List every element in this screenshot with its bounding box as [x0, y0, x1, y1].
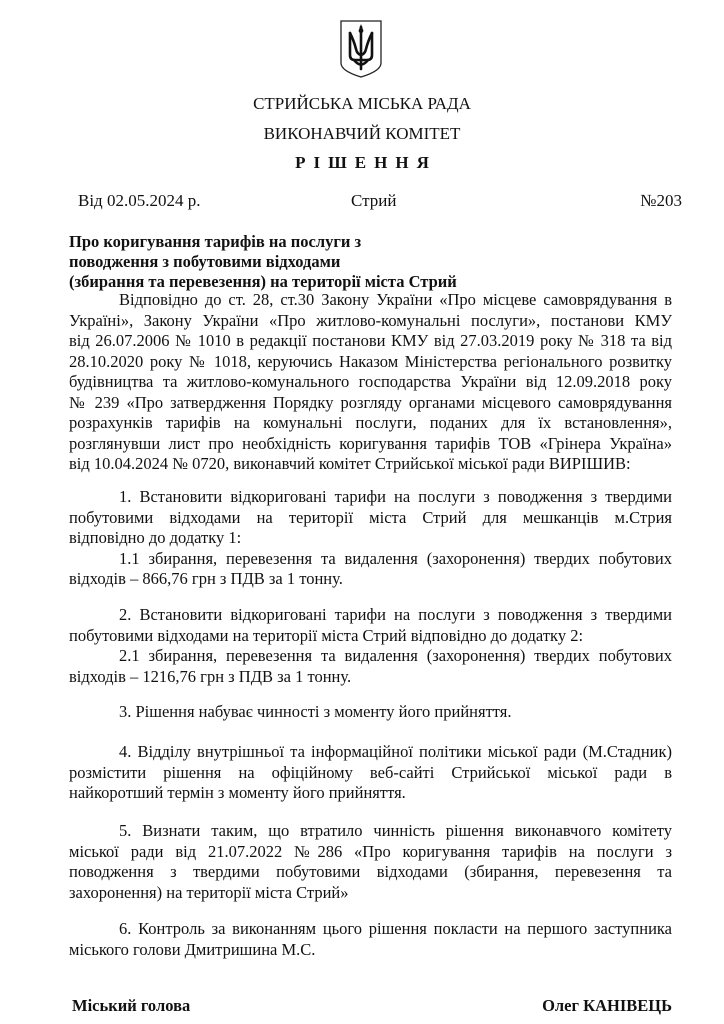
- document-subject: Про коригування тарифів на послуги з пов…: [69, 232, 489, 292]
- item-line: 1. Встановити відкориговані тарифи на по…: [69, 487, 672, 508]
- item-line: міського голови Дмитришина М.С.: [69, 940, 672, 961]
- decision-item-3: 3. Рішення набуває чинності з моменту йо…: [69, 702, 672, 723]
- item-line: розмістити рішення на офіційному веб-сай…: [69, 763, 672, 784]
- sub-item-line: відходів – 866,76 грн з ПДВ за 1 тонну.: [69, 569, 672, 590]
- item-line: 2. Встановити відкориговані тарифи на по…: [69, 605, 672, 626]
- subject-line: поводження з побутовими відходами: [69, 252, 489, 272]
- preamble-line: будівництва та житлово-комунального госп…: [69, 372, 672, 393]
- item-line: побутовими відходами на території міста …: [69, 626, 672, 647]
- document-type-title: РІШЕННЯ: [0, 153, 724, 173]
- item-line: міської ради від 21.07.2022 №286 «Про ко…: [69, 842, 672, 863]
- preamble-line: розглянувши лист про необхідність коригу…: [69, 434, 672, 455]
- preamble-line: Відповідно до ст. 28, ст.30 Закону Украї…: [69, 290, 672, 311]
- council-name: СТРИЙСЬКА МІСЬКА РАДА: [0, 94, 724, 114]
- subject-line: Про коригування тарифів на послуги з: [69, 232, 489, 252]
- decision-item-1: 1. Встановити відкориговані тарифи на по…: [69, 487, 672, 590]
- decision-item-5: 5. Визнати таким, що втратило чинність р…: [69, 821, 672, 903]
- decision-item-2: 2. Встановити відкориговані тарифи на по…: [69, 605, 672, 687]
- item-line: 5. Визнати таким, що втратило чинність р…: [69, 821, 672, 842]
- item-line: поводження з твердими побутовими відхода…: [69, 862, 672, 883]
- preamble-paragraph: Відповідно до ст. 28, ст.30 Закону Украї…: [69, 290, 672, 475]
- sub-item-line: 1.1 збирання, перевезення та видалення (…: [69, 549, 672, 570]
- item-line: відповідно до додатку 1:: [69, 528, 672, 549]
- document-number: №203: [640, 191, 682, 211]
- preamble-line: від 26.07.2006 № 1010 в редакції постано…: [69, 331, 672, 352]
- item-line: 4. Відділу внутрішньої та інформаційної …: [69, 742, 672, 763]
- item-line: 3. Рішення набуває чинності з моменту йо…: [69, 702, 672, 723]
- sub-item-line: 2.1 збирання, перевезення та видалення (…: [69, 646, 672, 667]
- sub-item-line: відходів – 1216,76 грн з ПДВ за 1 тонну.: [69, 667, 672, 688]
- preamble-line: Україні», Закону України «Про житлово-ко…: [69, 311, 672, 332]
- trident-coat-of-arms-icon: [339, 19, 383, 79]
- preamble-line: від 10.04.2024 № 0720, виконавчий коміте…: [69, 454, 672, 475]
- decision-item-6: 6. Контроль за виконанням цього рішення …: [69, 919, 672, 960]
- item-line: найкоротший термін з моменту його прийня…: [69, 783, 672, 804]
- signature-block: Міський голова Олег КАНІВЕЦЬ: [72, 996, 672, 1016]
- preamble-line: 28.10.2020 року № 1018, керуючись Наказо…: [69, 352, 672, 373]
- preamble-line: розрахунків тарифів на комунальні послуг…: [69, 413, 672, 434]
- item-line: 6. Контроль за виконанням цього рішення …: [69, 919, 672, 940]
- document-meta: Від 02.05.2024 р. Стрий №203: [78, 191, 682, 211]
- subject-line: (збирання та перевезення) на території м…: [69, 272, 489, 292]
- document-date: Від 02.05.2024 р.: [78, 191, 200, 211]
- signatory-title: Міський голова: [72, 996, 190, 1016]
- document-city: Стрий: [351, 191, 396, 211]
- preamble-line: № 239 «Про затвердження Порядку розгляду…: [69, 393, 672, 414]
- committee-name: ВИКОНАВЧИЙ КОМІТЕТ: [0, 124, 724, 144]
- signatory-name: Олег КАНІВЕЦЬ: [542, 996, 672, 1016]
- item-line: побутовими відходами на території міста …: [69, 508, 672, 529]
- item-line: захоронення) на території міста Стрий»: [69, 883, 672, 904]
- decision-item-4: 4. Відділу внутрішньої та інформаційної …: [69, 742, 672, 804]
